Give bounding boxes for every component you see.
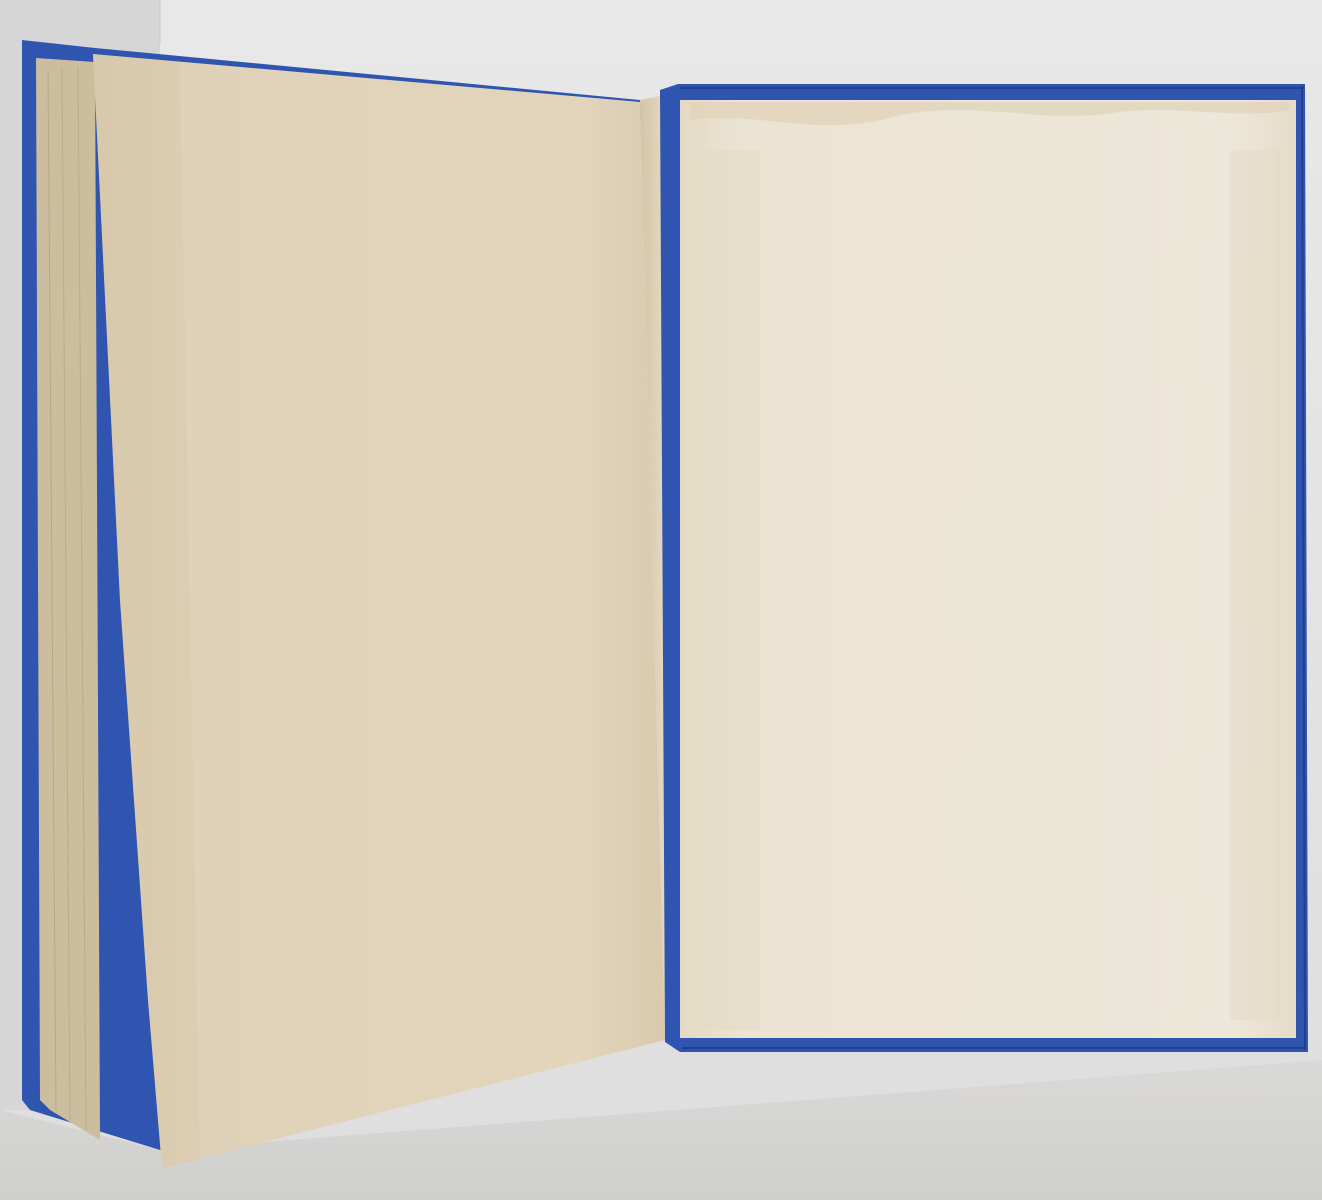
stain-left-band <box>700 150 760 1030</box>
right-pastedown <box>680 100 1296 1038</box>
page-block-edges <box>36 58 100 1140</box>
photo-scene <box>0 0 1322 1200</box>
book-photo <box>0 0 1322 1200</box>
